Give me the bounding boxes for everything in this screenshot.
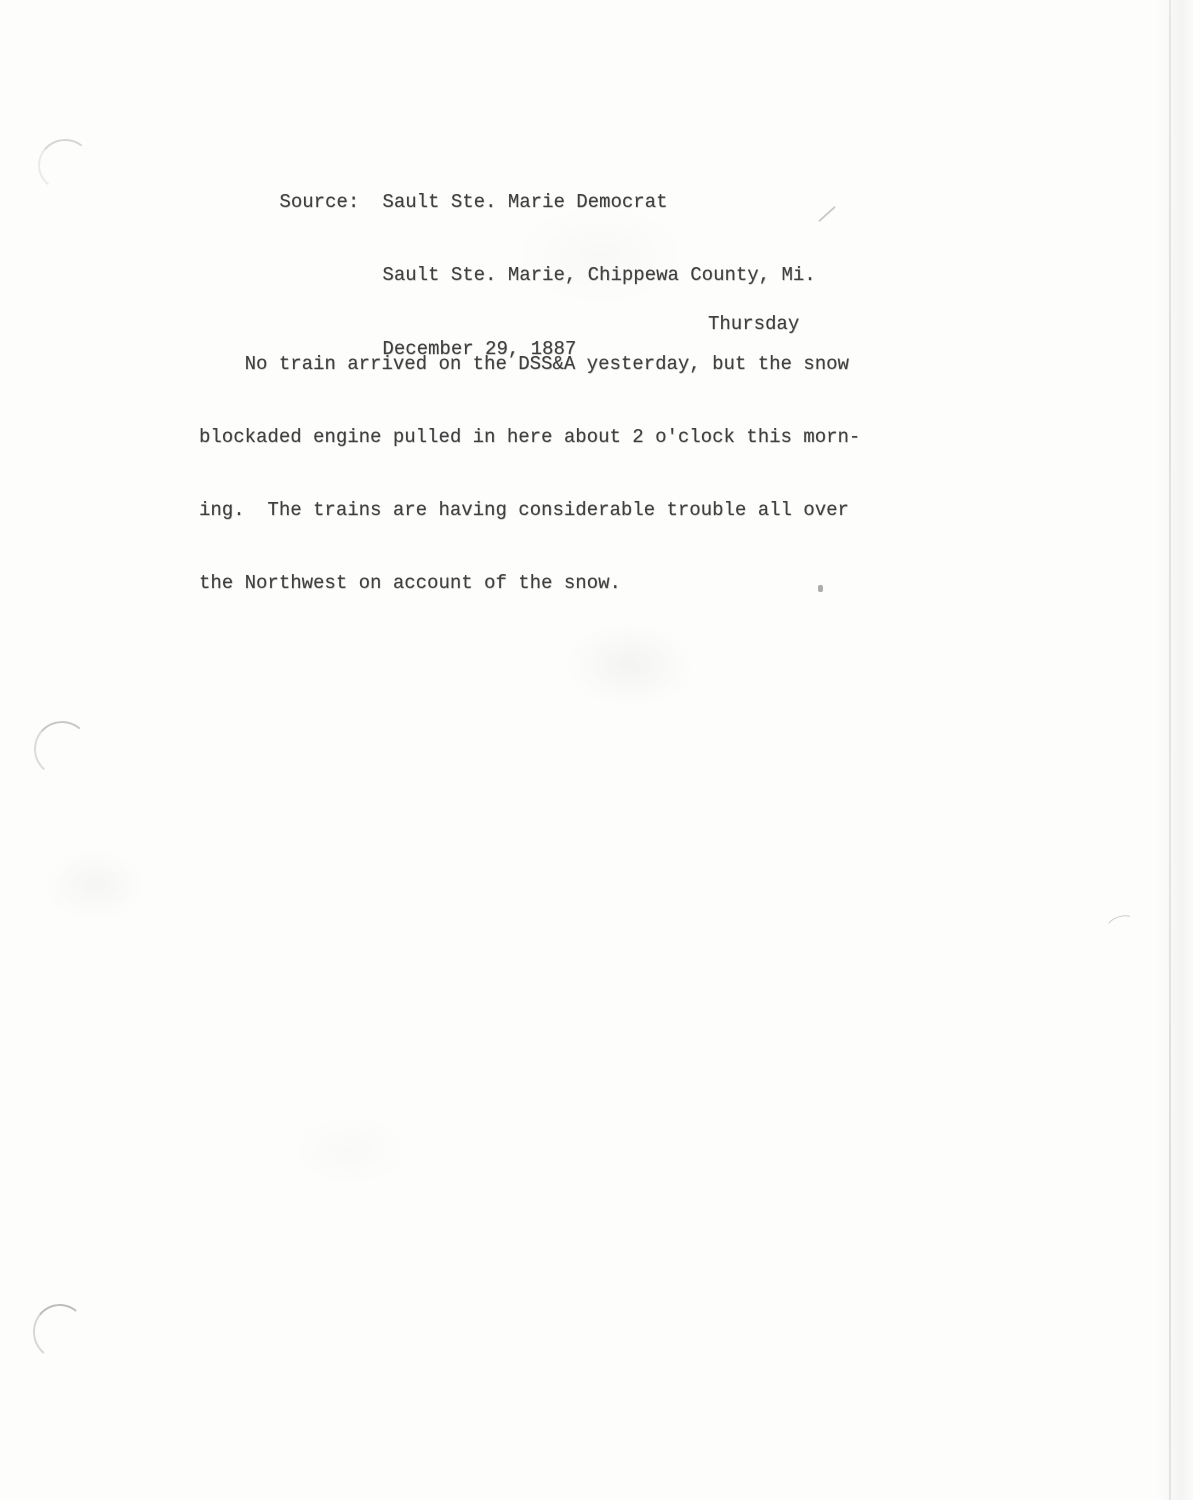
source-label: Source: xyxy=(279,190,382,214)
source-row-location: Sault Ste. Marie, Chippewa County, Mi. xyxy=(211,239,816,263)
article-line: No train arrived on the DSS&A yesterday,… xyxy=(199,352,860,376)
document-page: Source:Sault Ste. Marie Democrat Sault S… xyxy=(0,0,1193,1500)
article-text: No train arrived on the DSS&A yesterday,… xyxy=(199,303,860,645)
source-location: Sault Ste. Marie, Chippewa County, Mi. xyxy=(382,264,815,286)
punch-hole-mark-bottom xyxy=(30,1301,90,1362)
punch-hole-mark-middle xyxy=(32,719,92,779)
punch-hole-mark-top xyxy=(35,136,94,193)
small-scratch-mark xyxy=(1104,912,1138,938)
article-line: the Northwest on account of the snow. xyxy=(199,571,860,595)
pen-slash-mark xyxy=(818,206,836,222)
article-line: blockaded engine pulled in here about 2 … xyxy=(199,425,860,449)
page-edge-scan-line xyxy=(1169,0,1171,1500)
article-line: ing. The trains are having considerable … xyxy=(199,498,860,522)
source-row-publication: Source:Sault Ste. Marie Democrat xyxy=(211,166,816,190)
source-publication: Sault Ste. Marie Democrat xyxy=(382,191,667,213)
